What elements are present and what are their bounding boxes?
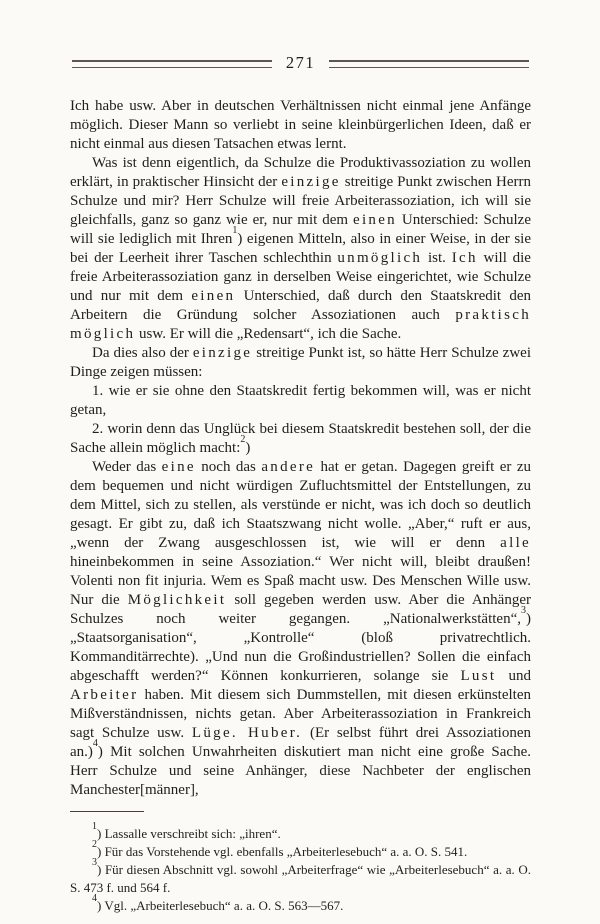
text-segment: und [496, 668, 531, 684]
paragraph: 2. worin denn das Unglück bei diesem Sta… [70, 420, 531, 458]
footnote: 1) Lassalle verschreibt sich: „ihren“. [70, 825, 531, 843]
emphasized-text: einen [353, 212, 397, 228]
emphasized-text: unmöglich [337, 250, 422, 266]
text-segment: ) [245, 440, 250, 456]
emphasized-text: Ich [452, 250, 478, 266]
footnote-marker: 4 [93, 738, 98, 749]
emphasized-text: einzige [193, 345, 252, 361]
text-segment: ) Mit solchen Unwahrheiten diskutiert ma… [70, 744, 531, 798]
text-segment: ) Lassalle verschreibt sich: „ihren“. [97, 826, 281, 841]
text-segment: ) Vgl. „Arbeiterlesebuch“ a. a. O. S. 56… [97, 898, 343, 913]
paragraph: Weder das eine noch das andere hat er ge… [70, 458, 531, 800]
text-segment: Ich habe usw. Aber in deutschen Verhältn… [70, 98, 531, 152]
header-rule-right [329, 60, 529, 68]
paragraph: Was ist denn eigentlich, da Schulze die … [70, 154, 531, 344]
footnote-marker: 1 [232, 225, 237, 236]
text-segment: 1. wie er sie ohne den Staatskredit fert… [70, 383, 531, 418]
footnote: 4) Vgl. „Arbeiterlesebuch“ a. a. O. S. 5… [70, 897, 531, 915]
book-page: 271 Ich habe usw. Aber in deutschen Verh… [0, 0, 600, 924]
footnote-marker: 4 [92, 893, 97, 904]
footnote-marker: 2 [240, 434, 245, 445]
footnote: 3) Für diesen Abschnitt vgl. sowohl „Arb… [70, 861, 531, 897]
text-segment: ) Für das Vorstehende vgl. ebenfalls „Ar… [97, 844, 467, 859]
emphasized-text: Möglichkeit [128, 592, 227, 608]
footnotes-block: 1) Lassalle verschreibt sich: „ihren“.2)… [70, 825, 531, 915]
text-block: Ich habe usw. Aber in deutschen Verhältn… [70, 97, 531, 800]
paragraph: Da dies also der einzige streitige Punkt… [70, 344, 531, 382]
emphasized-text: alle [500, 535, 531, 551]
footnote-separator [70, 811, 144, 812]
footnote-marker: 2 [92, 839, 97, 850]
text-segment: ist. [422, 250, 451, 266]
text-segment: Da dies also der [92, 345, 193, 361]
page-number: 271 [272, 53, 329, 72]
footnote-marker: 3 [92, 857, 97, 868]
paragraph: Ich habe usw. Aber in deutschen Verhältn… [70, 97, 531, 154]
header-rule-left [72, 60, 272, 68]
text-segment: Weder das [92, 459, 162, 475]
emphasized-text: andere [261, 459, 315, 475]
emphasized-text: Lüge. Huber. [192, 725, 302, 741]
emphasized-text: eine [162, 459, 196, 475]
text-segment: ) Für diesen Abschnitt vgl. sowohl „Arbe… [70, 862, 531, 895]
footnote-marker: 1 [92, 821, 97, 832]
footnote: 2) Für das Vorstehende vgl. ebenfalls „A… [70, 843, 531, 861]
paragraph: 1. wie er sie ohne den Staatskredit fert… [70, 382, 531, 420]
footnote-marker: 3 [521, 605, 526, 616]
emphasized-text: einzige [281, 174, 340, 190]
text-segment: 2. worin denn das Unglück bei diesem Sta… [70, 421, 531, 456]
emphasized-text: einen [191, 288, 235, 304]
text-segment: noch das [196, 459, 261, 475]
page-header: 271 [72, 54, 529, 73]
text-segment: usw. Er will die „Redensart“, ich die Sa… [135, 326, 401, 342]
emphasized-text: Lust [460, 668, 496, 684]
emphasized-text: Arbeiter [70, 687, 138, 703]
